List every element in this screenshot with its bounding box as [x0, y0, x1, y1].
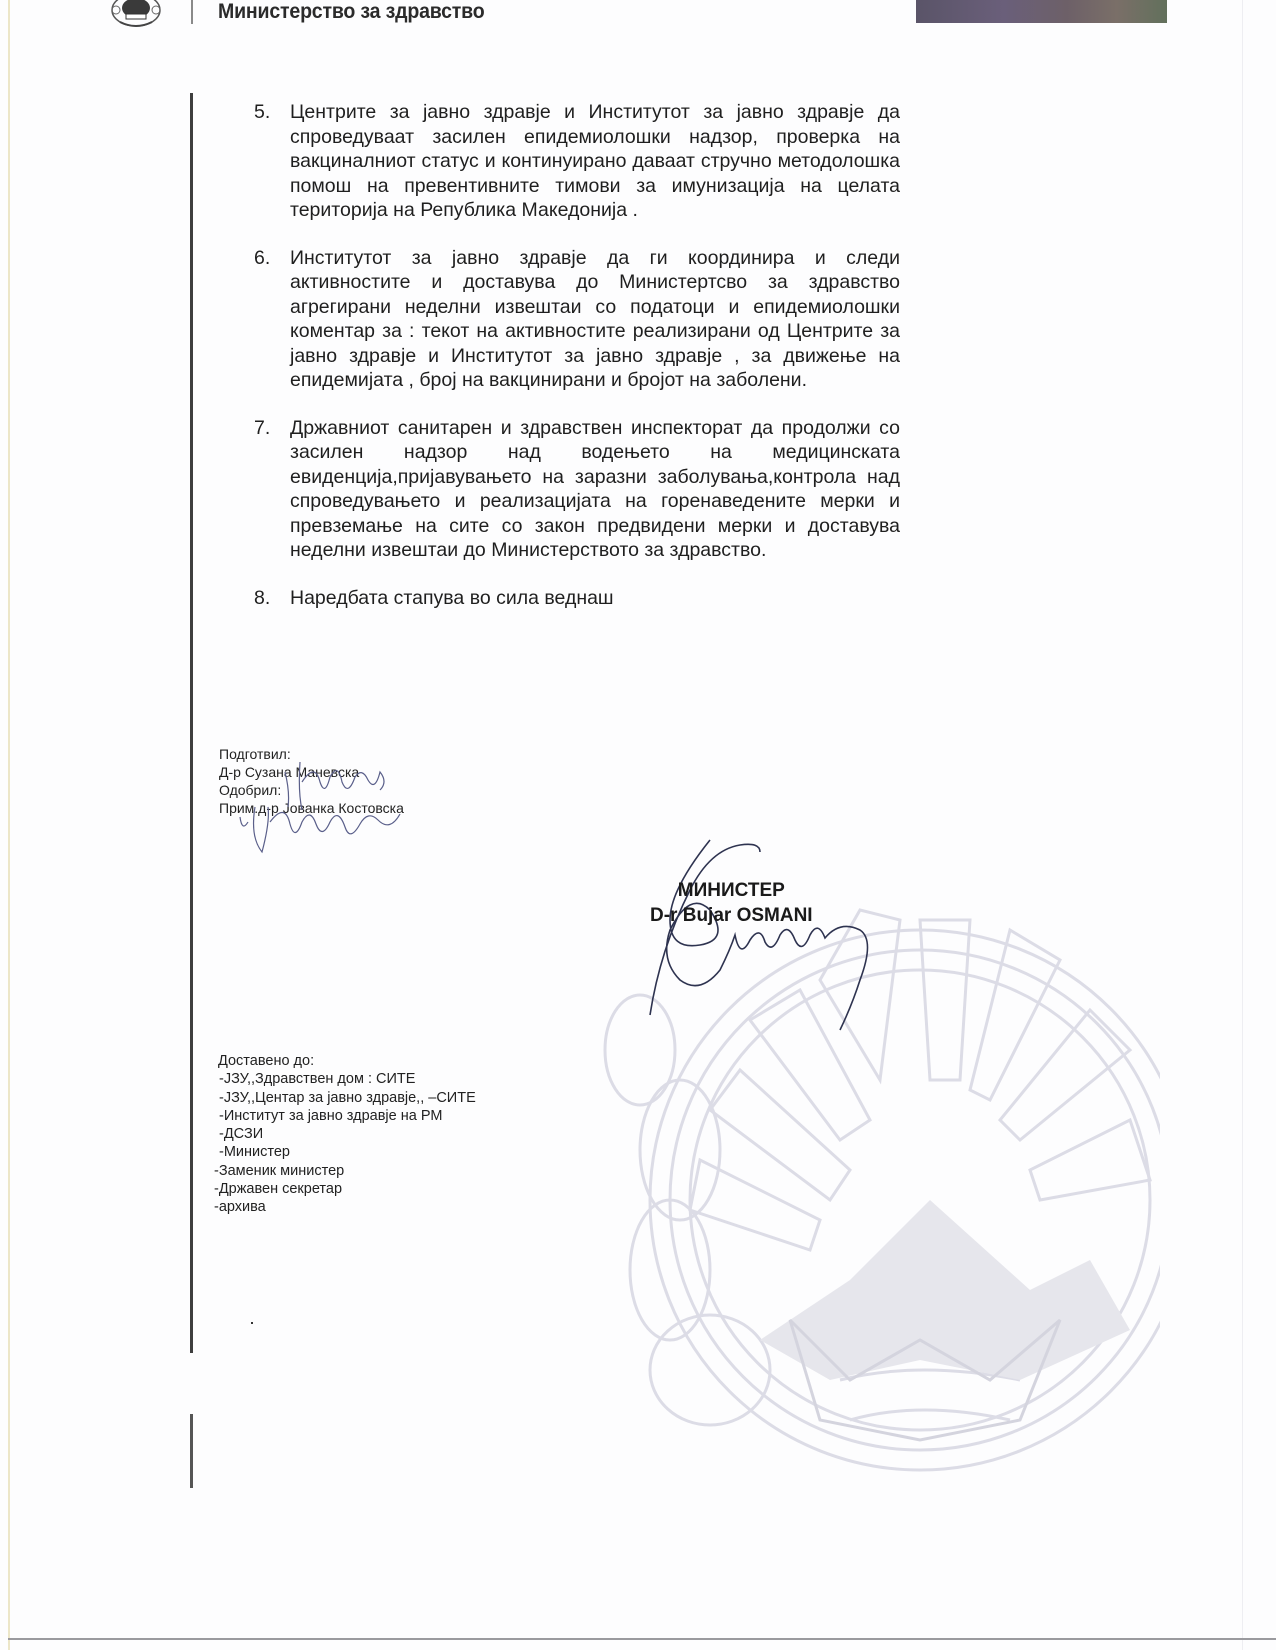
order-items-list: 5. Центрите за јавно здравје и Институто…: [254, 100, 900, 633]
minister-name: D-r Bujar OSMANI: [650, 903, 813, 928]
item-number: 8.: [254, 586, 270, 611]
minister-title: МИНИСТЕР: [650, 878, 813, 903]
ministry-title: Министерство за здравство: [218, 0, 484, 24]
recipient: -Министер: [218, 1143, 476, 1161]
order-item-8: 8. Наредбата стапува во сила веднаш: [254, 586, 900, 611]
item-text: Државниот санитарен и здравствен инспект…: [290, 416, 900, 563]
header-banner-image: [916, 0, 1167, 23]
recipient: -ДСЗИ: [218, 1125, 476, 1143]
minister-signature-icon: [630, 830, 890, 1050]
page-edge-right: [1242, 0, 1243, 1650]
recipient: -Институт за јавно здравје на РМ: [218, 1107, 476, 1125]
page-edge-bottom: [8, 1638, 1276, 1640]
page-edge-left: [8, 0, 10, 1650]
order-item-7: 7. Државниот санитарен и здравствен инсп…: [254, 416, 900, 563]
header-divider: [191, 0, 193, 24]
recipient: -ЈЗУ,,Здравствен дом : СИТЕ: [218, 1070, 476, 1088]
margin-rule-lower: [190, 1414, 193, 1488]
distribution-heading: Доставено до:: [218, 1052, 476, 1070]
coat-of-arms-icon: [106, 0, 166, 28]
recipient: -архива: [214, 1198, 476, 1216]
item-number: 5.: [254, 100, 270, 125]
scan-speck: [251, 1322, 253, 1324]
recipient: -Државен секретар: [214, 1180, 476, 1198]
distribution-list: Доставено до: -ЈЗУ,,Здравствен дом : СИТ…: [218, 1052, 476, 1217]
item-text: Центрите за јавно здравје и Институтот з…: [290, 100, 900, 223]
handwritten-signature-icon: [230, 752, 430, 862]
order-item-6: 6. Институтот за јавно здравје да ги коо…: [254, 246, 900, 393]
recipient: -Заменик министер: [214, 1162, 476, 1180]
order-item-5: 5. Центрите за јавно здравје и Институто…: [254, 100, 900, 223]
minister-signature-block: МИНИСТЕР D-r Bujar OSMANI: [650, 878, 813, 928]
item-number: 7.: [254, 416, 270, 441]
item-text: Наредбата стапува во сила веднаш: [290, 586, 900, 611]
margin-rule: [190, 93, 193, 1353]
item-number: 6.: [254, 246, 270, 271]
recipient: -ЈЗУ,,Центар за јавно здравје,, –СИТЕ: [218, 1089, 476, 1107]
item-text: Институтот за јавно здравје да ги коорди…: [290, 246, 900, 393]
